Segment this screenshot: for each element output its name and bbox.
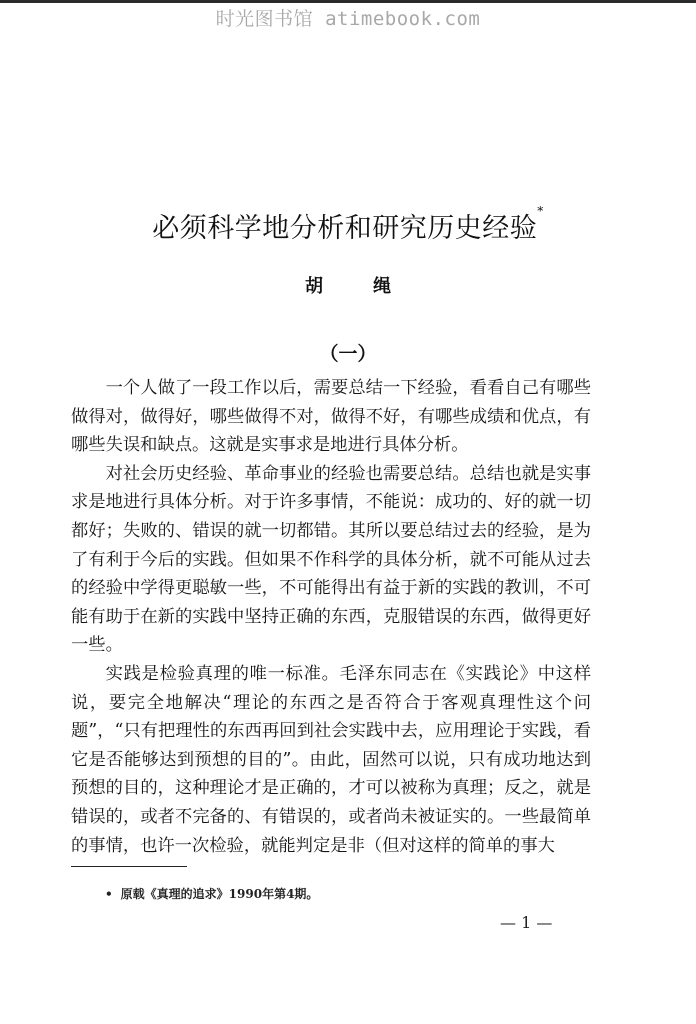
- article-title: 必须科学地分析和研究历史经验*: [0, 206, 696, 245]
- footnote-divider: [71, 866, 187, 867]
- top-border: [0, 0, 696, 3]
- paragraph: 对社会历史经验、革命事业的经验也需要总结。总结也就是实事求是地进行具体分析。对于…: [71, 460, 591, 660]
- footnote-bullet: •: [105, 887, 113, 901]
- article-body: 一个人做了一段工作以后，需要总结一下经验，看看自己有哪些做得对，做得好，哪些做得…: [71, 374, 591, 860]
- author-name: 胡绳: [0, 272, 696, 298]
- paragraph: 实践是检验真理的唯一标准。毛泽东同志在《实践论》中这样说，要完全地解决“理论的东…: [71, 660, 591, 860]
- footnote: •原载《真理的追求》1990年第4期。: [105, 885, 318, 902]
- footnote-marker: *: [537, 204, 544, 218]
- watermark: 时光图书馆 atimebook.com: [0, 4, 696, 31]
- article-title-text: 必须科学地分析和研究历史经验: [152, 213, 537, 244]
- section-heading: （一）: [0, 339, 696, 366]
- author-given-name: 绳: [373, 272, 391, 298]
- paragraph: 一个人做了一段工作以后，需要总结一下经验，看看自己有哪些做得对，做得好，哪些做得…: [71, 374, 591, 460]
- author-surname: 胡: [305, 272, 323, 298]
- footnote-text: 原载《真理的追求》1990年第4期。: [121, 887, 319, 901]
- page-number: — 1 —: [500, 913, 552, 932]
